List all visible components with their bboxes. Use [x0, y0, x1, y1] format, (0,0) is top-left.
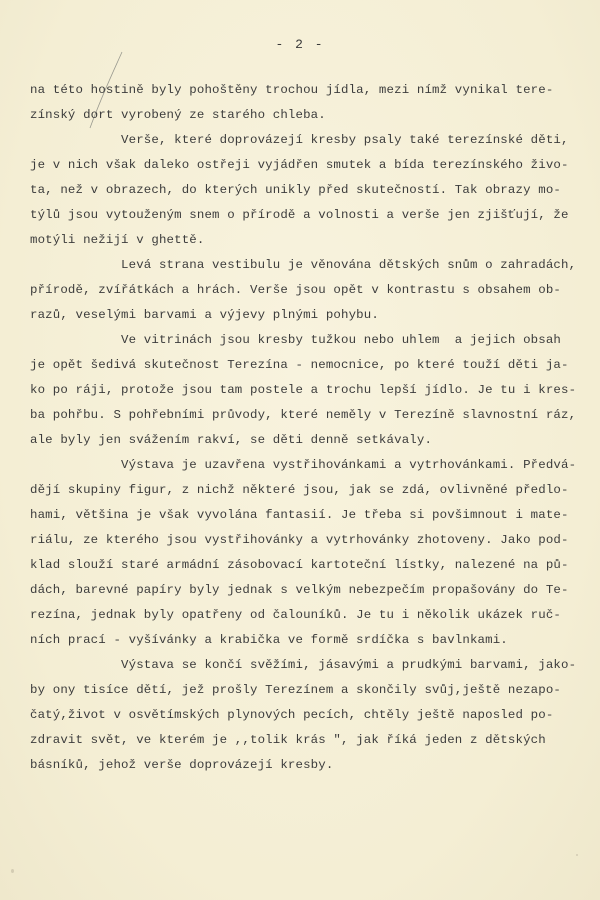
text-line: hami, většina je však vyvolána fantasií.…	[30, 503, 590, 528]
text-line: básníků, jehož verše doprovázejí kresby.	[30, 753, 590, 778]
text-line: dách, barevné papíry byly jednak s velký…	[30, 578, 590, 603]
paragraph: Ve vitrinách jsou kresby tužkou nebo uhl…	[30, 328, 590, 453]
text-line: Ve vitrinách jsou kresby tužkou nebo uhl…	[30, 328, 590, 353]
paragraph: na této hostině byly pohoštěny trochou j…	[30, 78, 590, 128]
text-line: zdravit svět, ve kterém je ,,tolik krás …	[30, 728, 590, 753]
text-line: Levá strana vestibulu je věnována dětský…	[30, 253, 590, 278]
text-line: je v nich však daleko ostřeji vyjádřen s…	[30, 153, 590, 178]
text-line: ko po ráji, protože jsou tam postele a t…	[30, 378, 590, 403]
typewritten-page: - 2 - na této hostině byly pohoštěny tro…	[0, 0, 600, 900]
paragraph: Výstava je uzavřena vystřihovánkami a vy…	[30, 453, 590, 653]
text-line: přírodě, zvířátkách a hrách. Verše jsou …	[30, 278, 590, 303]
text-line: klad slouží staré armádní zásobovací kar…	[30, 553, 590, 578]
paper-speck	[11, 869, 14, 873]
paper-speck	[576, 854, 578, 856]
paragraph: Levá strana vestibulu je věnována dětský…	[30, 253, 590, 328]
page-number: - 2 -	[0, 37, 600, 52]
text-line: ta, než v obrazech, do kterých unikly př…	[30, 178, 590, 203]
text-line: ba pohřbu. S pohřebními průvody, které n…	[30, 403, 590, 428]
text-line: čatý,život v osvětímských plynových pecí…	[30, 703, 590, 728]
text-line: je opět šedivá skutečnost Terezína - nem…	[30, 353, 590, 378]
text-line: rezína, jednak byly opatřeny od čalouník…	[30, 603, 590, 628]
paragraph: Verše, které doprovázejí kresby psaly ta…	[30, 128, 590, 253]
paragraph: Výstava se končí svěžími, jásavými a pru…	[30, 653, 590, 778]
text-line: Výstava se končí svěžími, jásavými a pru…	[30, 653, 590, 678]
text-line: týlů jsou vytouženým snem o přírodě a vo…	[30, 203, 590, 228]
text-line: ale byly jen svážením rakví, se děti den…	[30, 428, 590, 453]
text-line: by ony tisíce dětí, jež prošly Terezínem…	[30, 678, 590, 703]
text-line: na této hostině byly pohoštěny trochou j…	[30, 78, 590, 103]
text-line: riálu, ze kterého jsou vystřihovánky a v…	[30, 528, 590, 553]
text-line: zínský dort vyrobený ze starého chleba.	[30, 103, 590, 128]
text-line: Verše, které doprovázejí kresby psaly ta…	[30, 128, 590, 153]
text-line: ních prací - vyšívánky a krabička ve for…	[30, 628, 590, 653]
text-line: Výstava je uzavřena vystřihovánkami a vy…	[30, 453, 590, 478]
text-line: motýli nežijí v ghettě.	[30, 228, 590, 253]
text-line: razů, veselými barvami a výjevy plnými p…	[30, 303, 590, 328]
text-line: dějí skupiny figur, z nichž některé jsou…	[30, 478, 590, 503]
document-body: na této hostině byly pohoštěny trochou j…	[30, 78, 590, 778]
